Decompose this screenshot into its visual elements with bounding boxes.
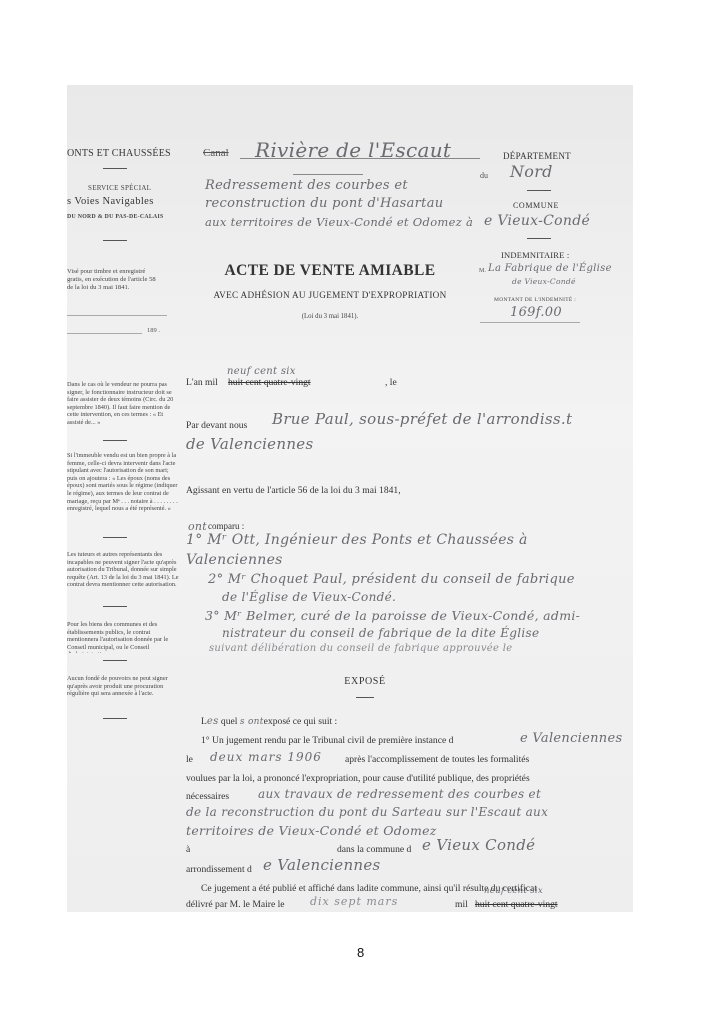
indemnitaire-value-2: de Vieux-Condé [512,277,576,286]
mil-label: mil [455,899,468,910]
region-label: DU NORD & DU PAS-DE-CALAIS [67,214,164,220]
blank-line [67,333,142,334]
a-label: à [186,844,190,855]
lesquels-hand-1: es [207,716,219,727]
comparant-3-deliberation: suivant délibération du conseil de fabri… [209,643,512,654]
service-special: SERVICE SPÉCIAL [88,184,151,192]
montant-underline [480,322,580,323]
jugement-date-hand: deux mars 1906 [210,750,322,764]
departement-value: Nord [510,162,553,181]
indemnitaire-label: INDEMNITAIRE : [501,250,569,260]
devant-hand-2: de Valenciennes [186,435,313,453]
an-mil-handwritten: neuf cent six [227,366,296,377]
an-mil-struck: huit cent quatre-vingt [228,377,311,388]
year-stub: 189 . [147,327,160,334]
lesquels-line: Les quel s ontexposé ce qui suit : [201,716,337,727]
an-mil-le: , le [385,377,397,388]
canal-underline [240,158,480,159]
mil-struck: huit cent quatre-vingt [475,899,558,910]
divider [103,440,127,441]
indemnitaire-value-1: La Fabrique de l'Église [488,263,612,274]
margin-note-3: Les tuteurs et autres représentants des … [67,551,179,597]
comparant-1: 1° Mʳ Ott, Ingénieur des Ponts et Chauss… [186,532,528,548]
lesquels-print-2: quel [219,716,238,727]
commune-print-label: dans la commune d [337,844,411,855]
departement-prefix: du [480,171,488,180]
document-title: ACTE DE VENTE AMIABLE [180,262,480,280]
necessaires-hand-3: territoires de Vieux-Condé et Odomez [186,823,437,838]
devant-label: Par devant nous [186,420,247,431]
expose-heading: EXPOSÉ [320,676,410,687]
divider [103,537,127,538]
divider [527,190,551,191]
law-reference: (Loi du 3 mai 1841). [180,313,480,320]
commune-value: e Vieux-Condé [484,213,590,229]
margin-note-1: Dans le cas où le vendeur ne pourra pas … [67,381,179,427]
page-number: 8 [357,945,364,960]
lesquels-hand-2: s ont [240,717,264,727]
blank-line [67,315,167,316]
comparu-label: comparu : [208,521,244,531]
an-mil-label: L'an mil [186,377,218,388]
divider [103,168,127,169]
comparant-2-cont: de l'Église de Vieux-Condé. [222,590,396,604]
departement-label: DÉPARTEMENT [503,151,571,161]
project-line-3: aux territoires de Vieux-Condé et Odomez… [205,215,473,229]
devant-hand-1: Brue Paul, sous-préfet de l'arrondiss.t [272,410,572,428]
margin-note-5: Aucun fondé de pouvoirs ne peut signer q… [67,675,179,707]
project-line-2: reconstruction du pont d'Hasartau [205,196,443,211]
commune-label: COMMUNE [513,201,559,210]
agissant-line: Agissant en vertu de l'article 56 de la … [186,485,401,496]
divider [103,240,127,241]
indemnitaire-prefix: M. [479,268,486,274]
necessaires-hand-2: de la reconstruction du pont du Sarteau … [186,805,548,819]
necessaires-label: nécessaires [186,791,229,802]
necessaires-hand-1: aux travaux de redressement des courbes … [258,787,541,801]
jugement-line-1: 1° Un jugement rendu par le Tribunal civ… [201,735,453,746]
project-rule [293,174,363,175]
jugement-line-3: voulues par la loi, a prononcé l'expropr… [186,773,530,784]
margin-note-2: Si l'immeuble vendu est un bien propre à… [67,452,179,544]
document-subtitle: AVEC ADHÉSION AU JUGEMENT D'EXPROPRIATIO… [180,290,480,300]
comparant-3-cont: nistrateur du conseil de fabrique de la … [222,626,539,640]
visa-note: Visé pour timbre et enregistré gratis, e… [67,268,179,293]
jugement-tribunal-hand: e Valenciennes [520,731,622,746]
divider [103,660,127,661]
jugement-le: le [186,754,193,765]
delivre-hand: dix sept mars [310,895,398,908]
lesquels-print-3: exposé ce qui suit : [264,716,338,727]
project-line-1: Redressement des courbes et [205,178,408,193]
arrondissement-label: arrondissement d [186,864,252,875]
montant-value: 169f.00 [510,305,562,320]
delivre-label: délivré par M. le Maire le [186,899,285,910]
margin-note-4: Pour les biens des communes et des établ… [67,621,179,653]
divider [356,697,374,698]
jugement-line-2: après l'accomplissement de toutes les fo… [345,754,529,765]
comparant-2: 2° Mʳ Choquet Paul, président du conseil… [208,572,575,587]
voies-navigables: s Voies Navigables [67,196,154,207]
divider [103,606,127,607]
mil-hand: neuf cent six [484,886,543,896]
commune-hand: e Vieux Condé [422,836,535,854]
canal-label: Canal [203,147,229,159]
divider [103,718,127,719]
comparant-1-cont: Valenciennes [186,552,283,568]
service-header: ONTS ET CHAUSSÉES [67,148,171,159]
arrondissement-hand: e Valenciennes [263,856,381,874]
montant-label: MONTANT DE L'INDEMNITÉ : [494,297,576,303]
divider [527,238,551,239]
comparant-3: 3° Mʳ Belmer, curé de la paroisse de Vie… [205,608,580,623]
